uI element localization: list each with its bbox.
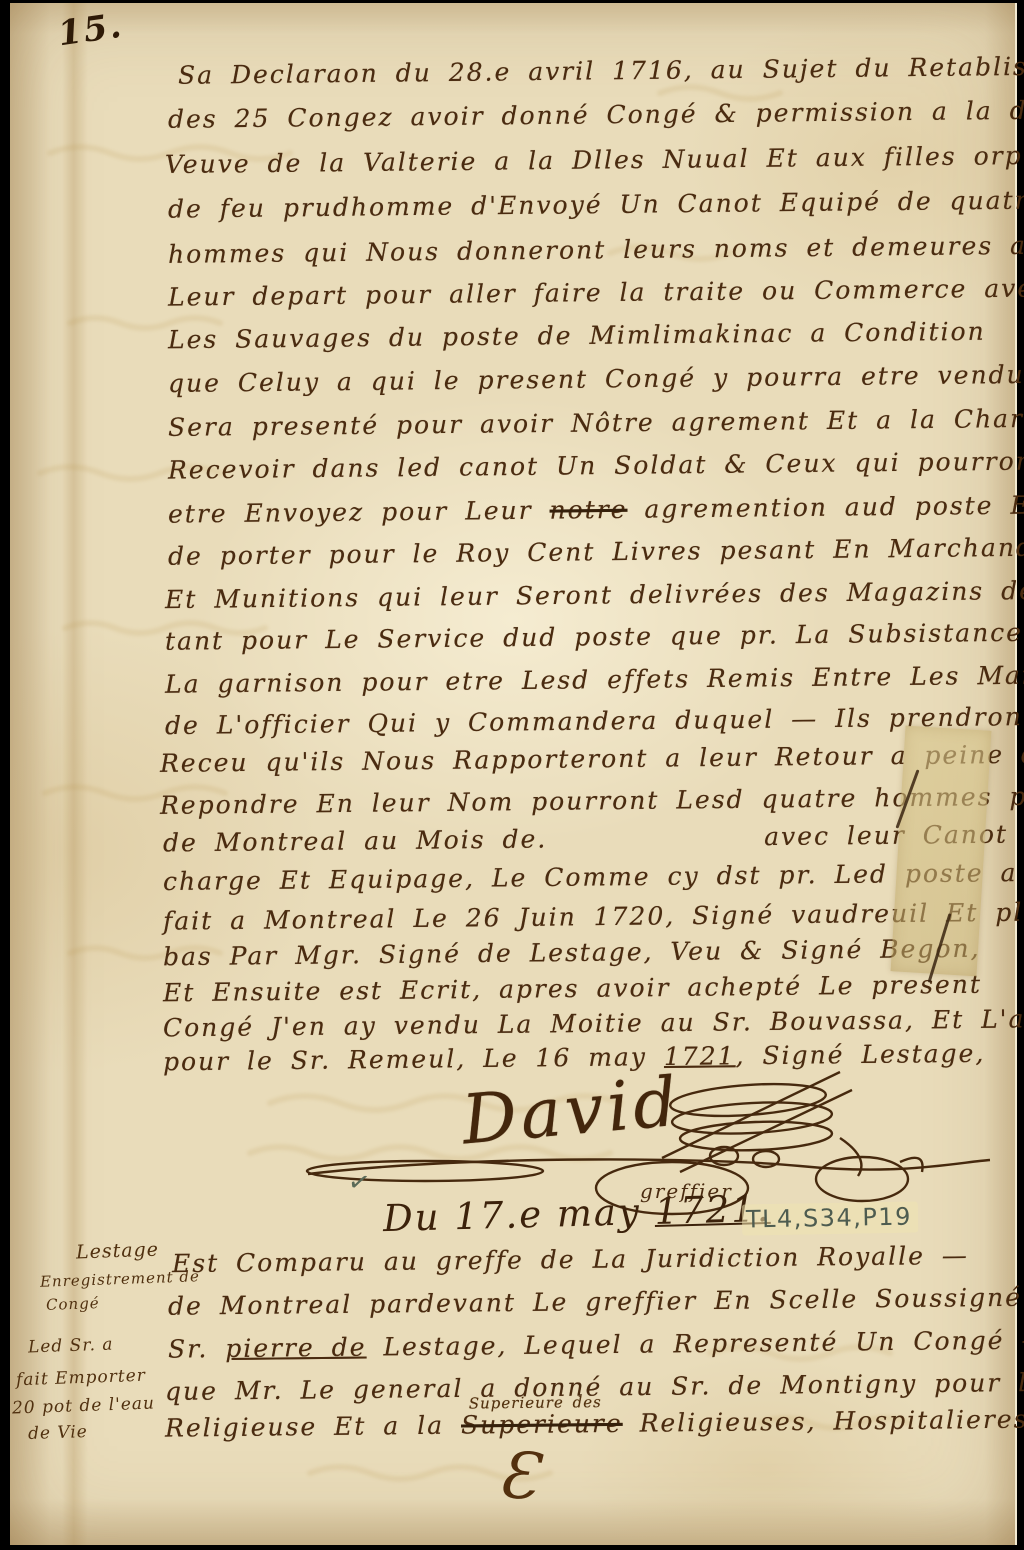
foot-catchword-glyph: Ɛ: [496, 1439, 540, 1515]
margin-note: Congé: [46, 1294, 100, 1314]
line-segment: avec leur Canot: [764, 820, 1008, 852]
date-segment: Du 17.e may: [383, 1190, 656, 1240]
underlined-name: pierre de: [225, 1333, 367, 1363]
line-segment: de Montreal au Mois de.: [163, 824, 548, 857]
interline-insertion: Superieure des: [469, 1393, 602, 1412]
line-segment: Sr.: [168, 1334, 226, 1364]
line-segment: Religieuse Et a la: [165, 1411, 461, 1443]
margin-note: Lestage: [76, 1239, 160, 1264]
line-segment: agremention aud poste Et: [627, 490, 1024, 523]
margin-note: Led Sr. a: [28, 1335, 114, 1358]
line-segment: etre Envoyez pour Leur: [168, 496, 550, 529]
margin-note: de Vie: [28, 1422, 88, 1444]
paper-fold-crease: [62, 3, 88, 1545]
correction-group: Superieure desSuperieure: [461, 1409, 623, 1440]
archive-reference-code: TL4,S34,P19: [742, 1201, 918, 1235]
scanned-manuscript-page: { "page": { "number": "15.", "catchword"…: [0, 0, 1024, 1550]
line-segment: Religieuses, Hospitalieres, de Montreal: [623, 1402, 1024, 1437]
struck-word: Superieure: [461, 1409, 623, 1440]
struck-word: notre: [549, 495, 627, 525]
